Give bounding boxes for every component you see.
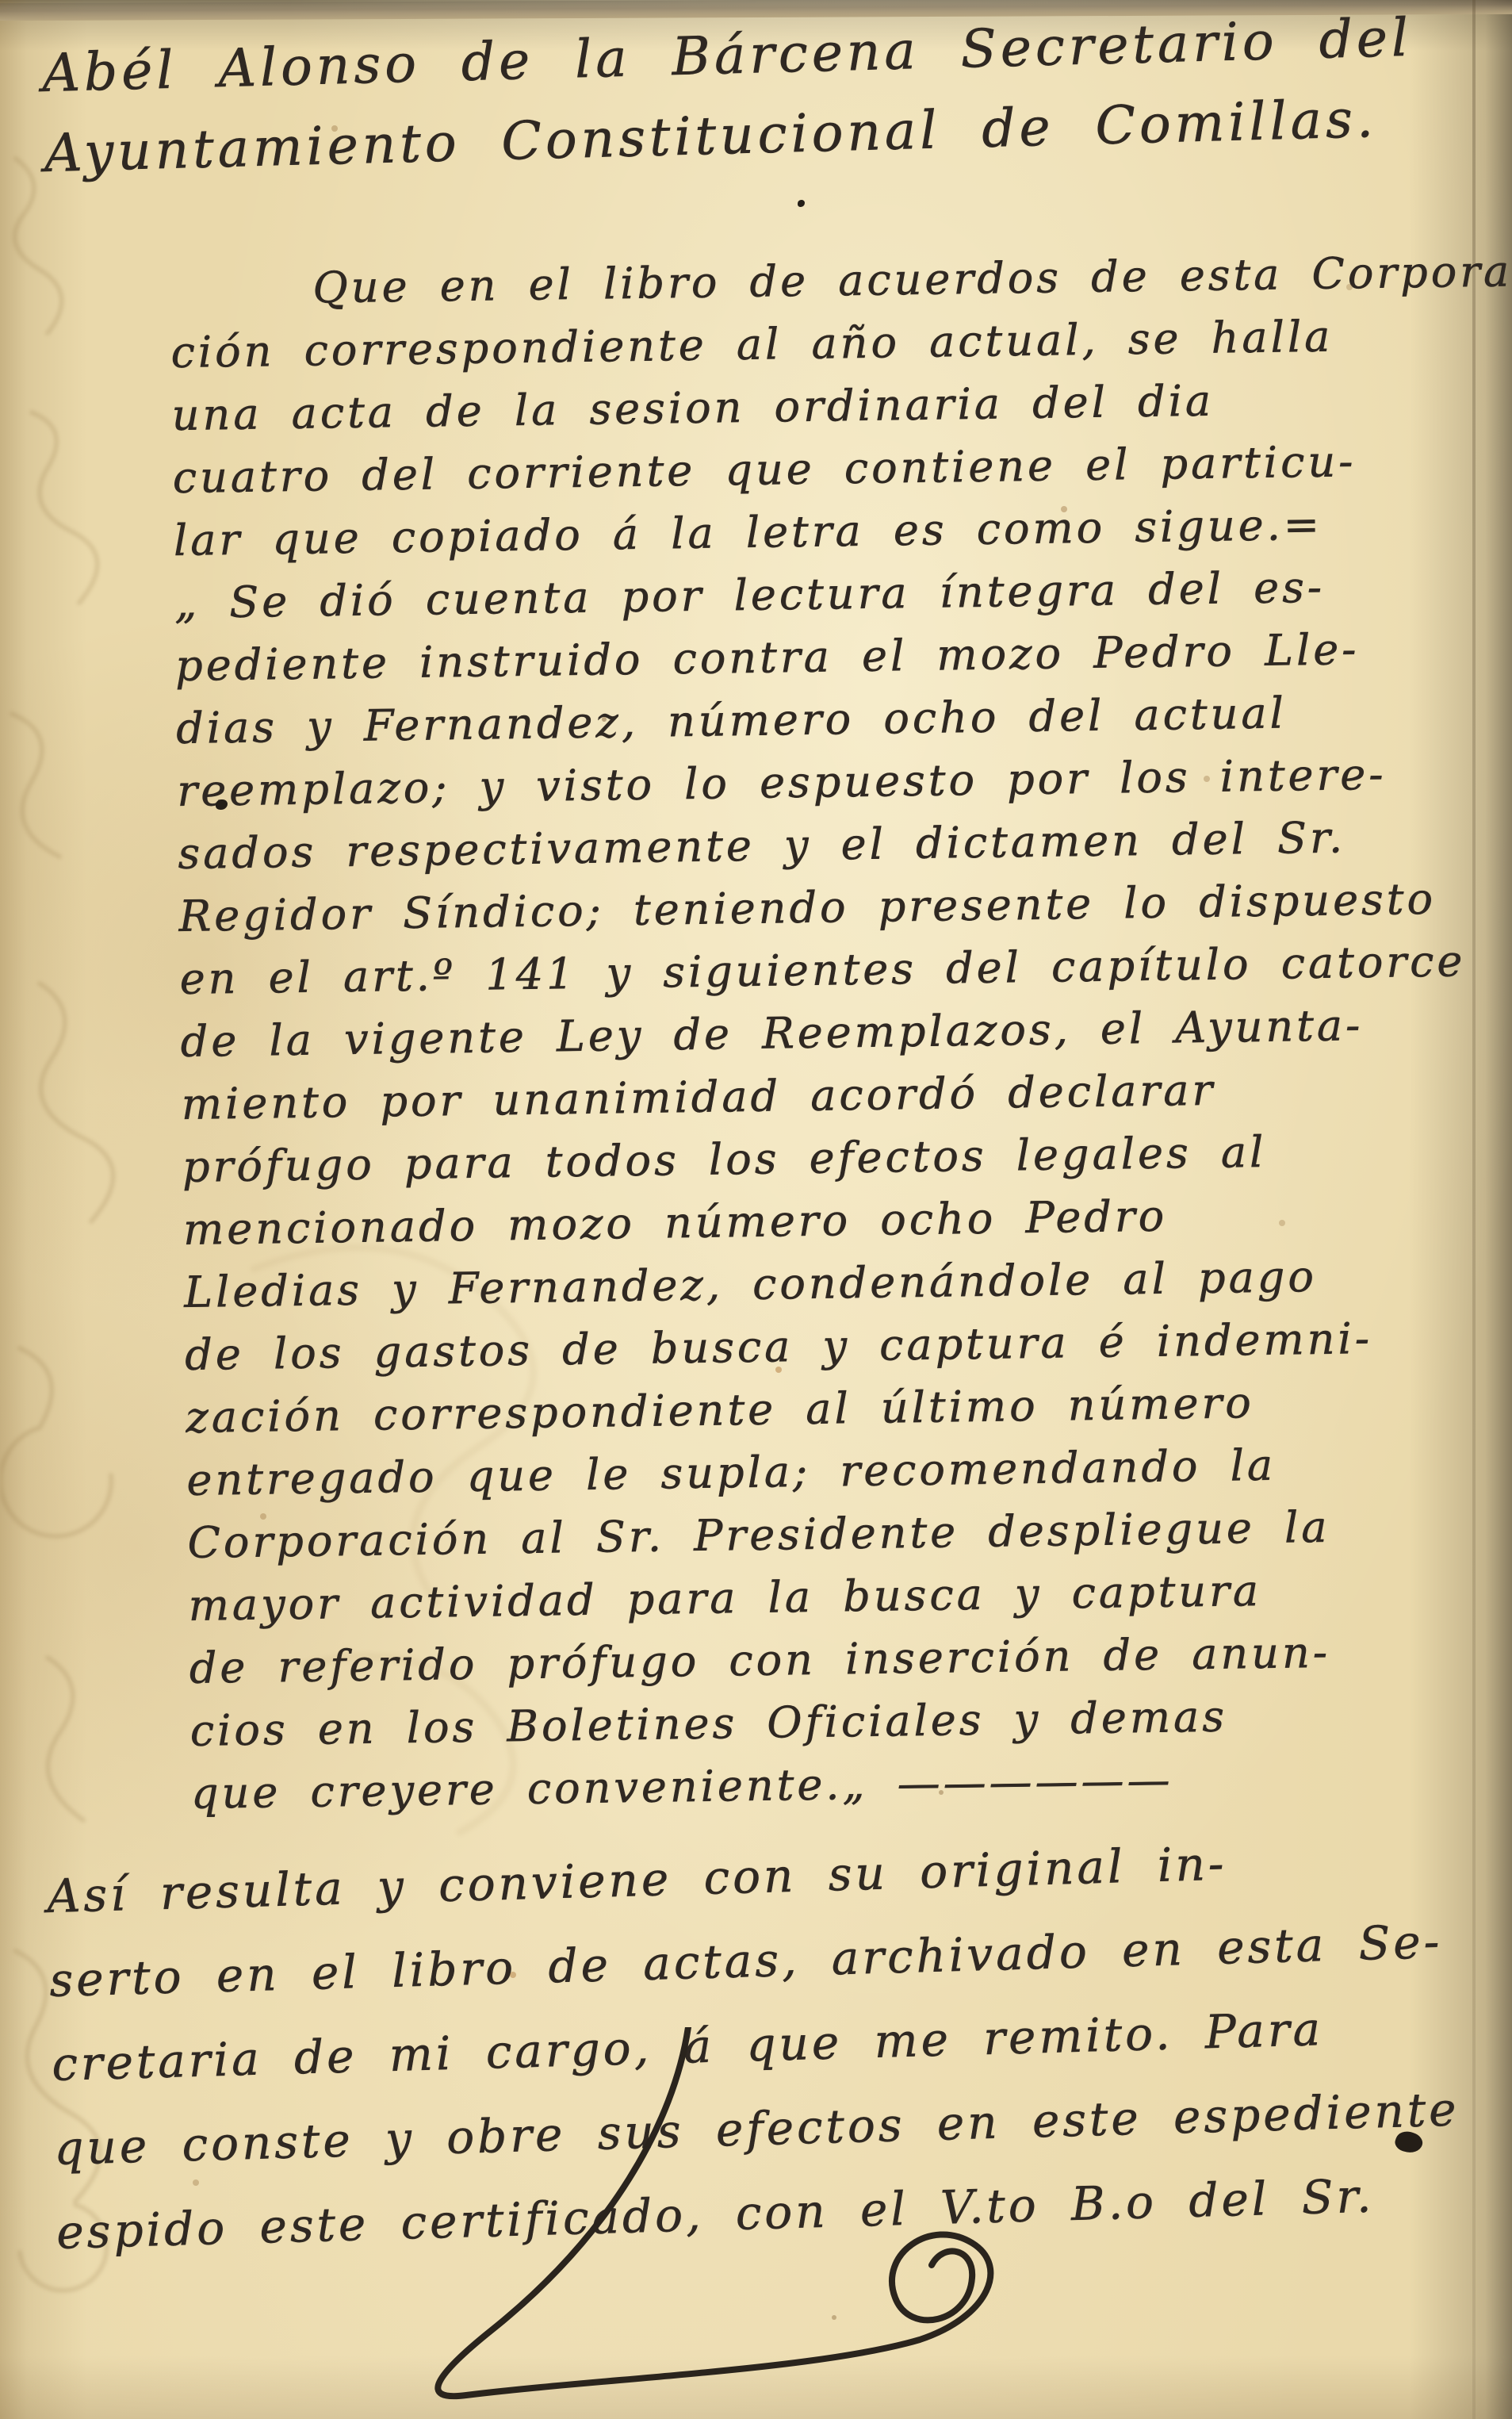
ink-blot bbox=[798, 200, 805, 207]
paper-specks-decoration bbox=[0, 0, 3, 3]
acta-quotation-block: Que en el libro de acuerdos de esta Corp… bbox=[170, 240, 1512, 1825]
manuscript-page: Abél Alonso de la Bárcena Secretario del… bbox=[0, 0, 1512, 2419]
document-heading: Abél Alonso de la Bárcena Secretario del… bbox=[41, 0, 1488, 194]
signature-flourish bbox=[371, 2027, 1085, 2416]
